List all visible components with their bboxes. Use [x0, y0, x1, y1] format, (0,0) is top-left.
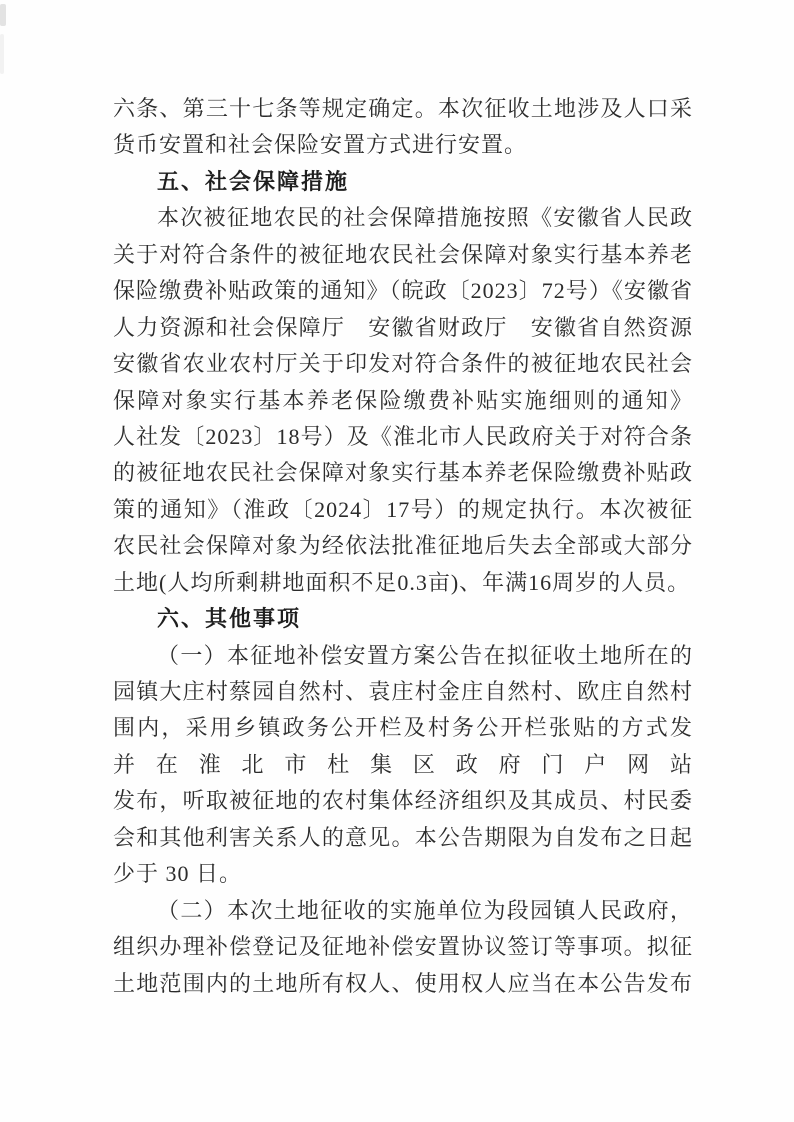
- text-line: （二）本次土地征收的实施单位为段园镇人民政府，将: [113, 893, 693, 929]
- text-line: 会和其他利害关系人的意见。本公告期限为自发布之日起不: [113, 820, 693, 856]
- document-page: 六条、第三十七条等规定确定。本次征收土地涉及人口采取 货币安置和社会保险安置方式…: [0, 0, 794, 1122]
- text-line: 策的通知》（淮政〔2024〕17号）的规定执行。本次被征地: [113, 492, 693, 528]
- text-line: 围内，采用乡镇政务公开栏及村务公开栏张贴的方式发布，: [113, 710, 693, 746]
- section-heading-6: 六、其他事项: [113, 601, 693, 637]
- text-line: 园镇大庄村蔡园自然村、袁庄村金庄自然村、欧庄自然村范: [113, 674, 693, 710]
- text-line: 并在淮北市杜集区政府门户网站（https://www.hbdj.gov.cn/）: [113, 747, 693, 783]
- text-line: （一）本征地补偿安置方案公告在拟征收土地所在的段: [113, 638, 693, 674]
- text-line: 保障对象实行基本养老保险缴费补贴实施细则的通知》（皖: [113, 383, 693, 419]
- text-line: 货币安置和社会保险安置方式进行安置。: [113, 127, 693, 163]
- text-line: 农民社会保障对象为经依法批准征地后失去全部或大部分: [113, 528, 693, 564]
- text-line: 人力资源和社会保障厅 安徽省财政厅 安徽省自然资源厅: [113, 310, 693, 346]
- document-text-block: 六条、第三十七条等规定确定。本次征收土地涉及人口采取 货币安置和社会保险安置方式…: [113, 91, 693, 1002]
- text-line: 的被征地农民社会保障对象实行基本养老保险缴费补贴政: [113, 455, 693, 491]
- text-line: 本次被征地农民的社会保障措施按照《安徽省人民政府: [113, 200, 693, 236]
- text-line: 保险缴费补贴政策的通知》（皖政〔2023〕72号）《安徽省: [113, 273, 693, 309]
- scan-artifact: [0, 4, 6, 26]
- text-line: 少于 30 日。: [113, 856, 693, 892]
- text-line: 组织办理补偿登记及征地补偿安置协议签订等事项。拟征收: [113, 929, 693, 965]
- text-line: 关于对符合条件的被征地农民社会保障对象实行基本养老: [113, 237, 693, 273]
- section-heading-5: 五、社会保障措施: [113, 164, 693, 200]
- text-line: 土地(人均所剩耕地面积不足0.3亩)、年满16周岁的人员。: [113, 565, 693, 601]
- text-line: 土地范围内的土地所有权人、使用权人应当在本公告发布之: [113, 966, 693, 1002]
- scan-artifact: [0, 34, 4, 74]
- text-line: 人社发〔2023〕18号）及《淮北市人民政府关于对符合条件: [113, 419, 693, 455]
- text-line: 发布，听取被征地的农村集体经济组织及其成员、村民委员: [113, 783, 693, 819]
- text-line: 六条、第三十七条等规定确定。本次征收土地涉及人口采取: [113, 91, 693, 127]
- text-line: 安徽省农业农村厅关于印发对符合条件的被征地农民社会: [113, 346, 693, 382]
